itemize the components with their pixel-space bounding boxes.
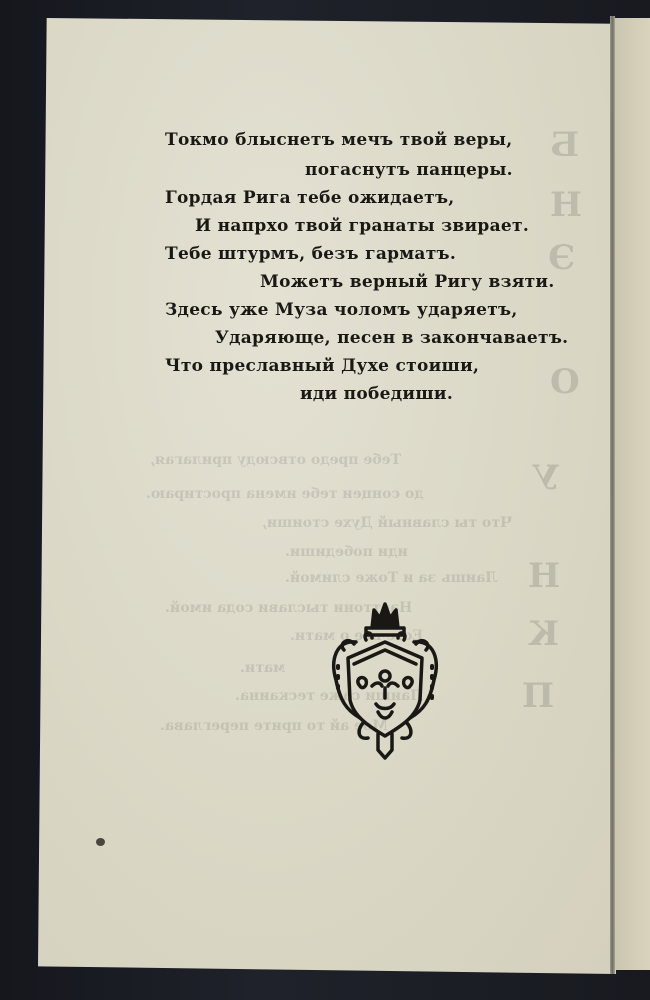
bleed-through-initial: О [550, 362, 580, 402]
bleed-through-initial: У [532, 458, 560, 498]
verse-line-1: Токмо блыснетъ мечъ твой веры, [165, 130, 512, 150]
bleed-through-line: Лаишь за и Тоже слимой. [285, 570, 498, 586]
verse-line-3: Гордая Рига тебе ожидаетъ, [165, 188, 455, 208]
verse-line-7: Здесь уже Муза чоломъ ударяетъ, [165, 300, 518, 320]
bleed-through-initial: Б [550, 125, 579, 165]
bleed-through-line: мати. [240, 660, 285, 676]
verse-line-9: Что преславный Духе стоиши, [165, 356, 479, 376]
verse-line-5: Тебе штурмъ, безъ гарматъ. [165, 244, 456, 264]
facing-page-edge [615, 18, 650, 970]
verse-line-8: Ударяюще, песен в закончаваетъ. [215, 328, 568, 348]
ink-blot [96, 838, 105, 846]
verse-line-10: иди победиши. [300, 384, 453, 404]
scanned-page-view: Тебе предо отвсюду прилагая, до сонцеи т… [0, 0, 650, 1000]
verse-line-6: Можетъ верный Ригу взяти. [260, 272, 555, 292]
bleed-through-line: Тебе предо отвсюду прилагая, [150, 452, 401, 468]
verse-line-4: И напрхо твой гранаты звирает. [195, 216, 529, 236]
bleed-through-line: до сонцеи тебе имена простираю. [146, 486, 424, 502]
bleed-through-line: Что ты славный Духе стоиши, [262, 515, 513, 531]
printers-device-ornament-icon [326, 600, 444, 762]
bleed-through-initial: П [522, 676, 554, 716]
bleed-through-line: иди победиши. [285, 544, 408, 560]
bleed-through-initial: К [528, 614, 559, 654]
bleed-through-initial: Н [550, 185, 582, 225]
bleed-through-initial: Н [528, 556, 560, 596]
verse-line-2: погаснутъ панцеры. [305, 160, 513, 180]
